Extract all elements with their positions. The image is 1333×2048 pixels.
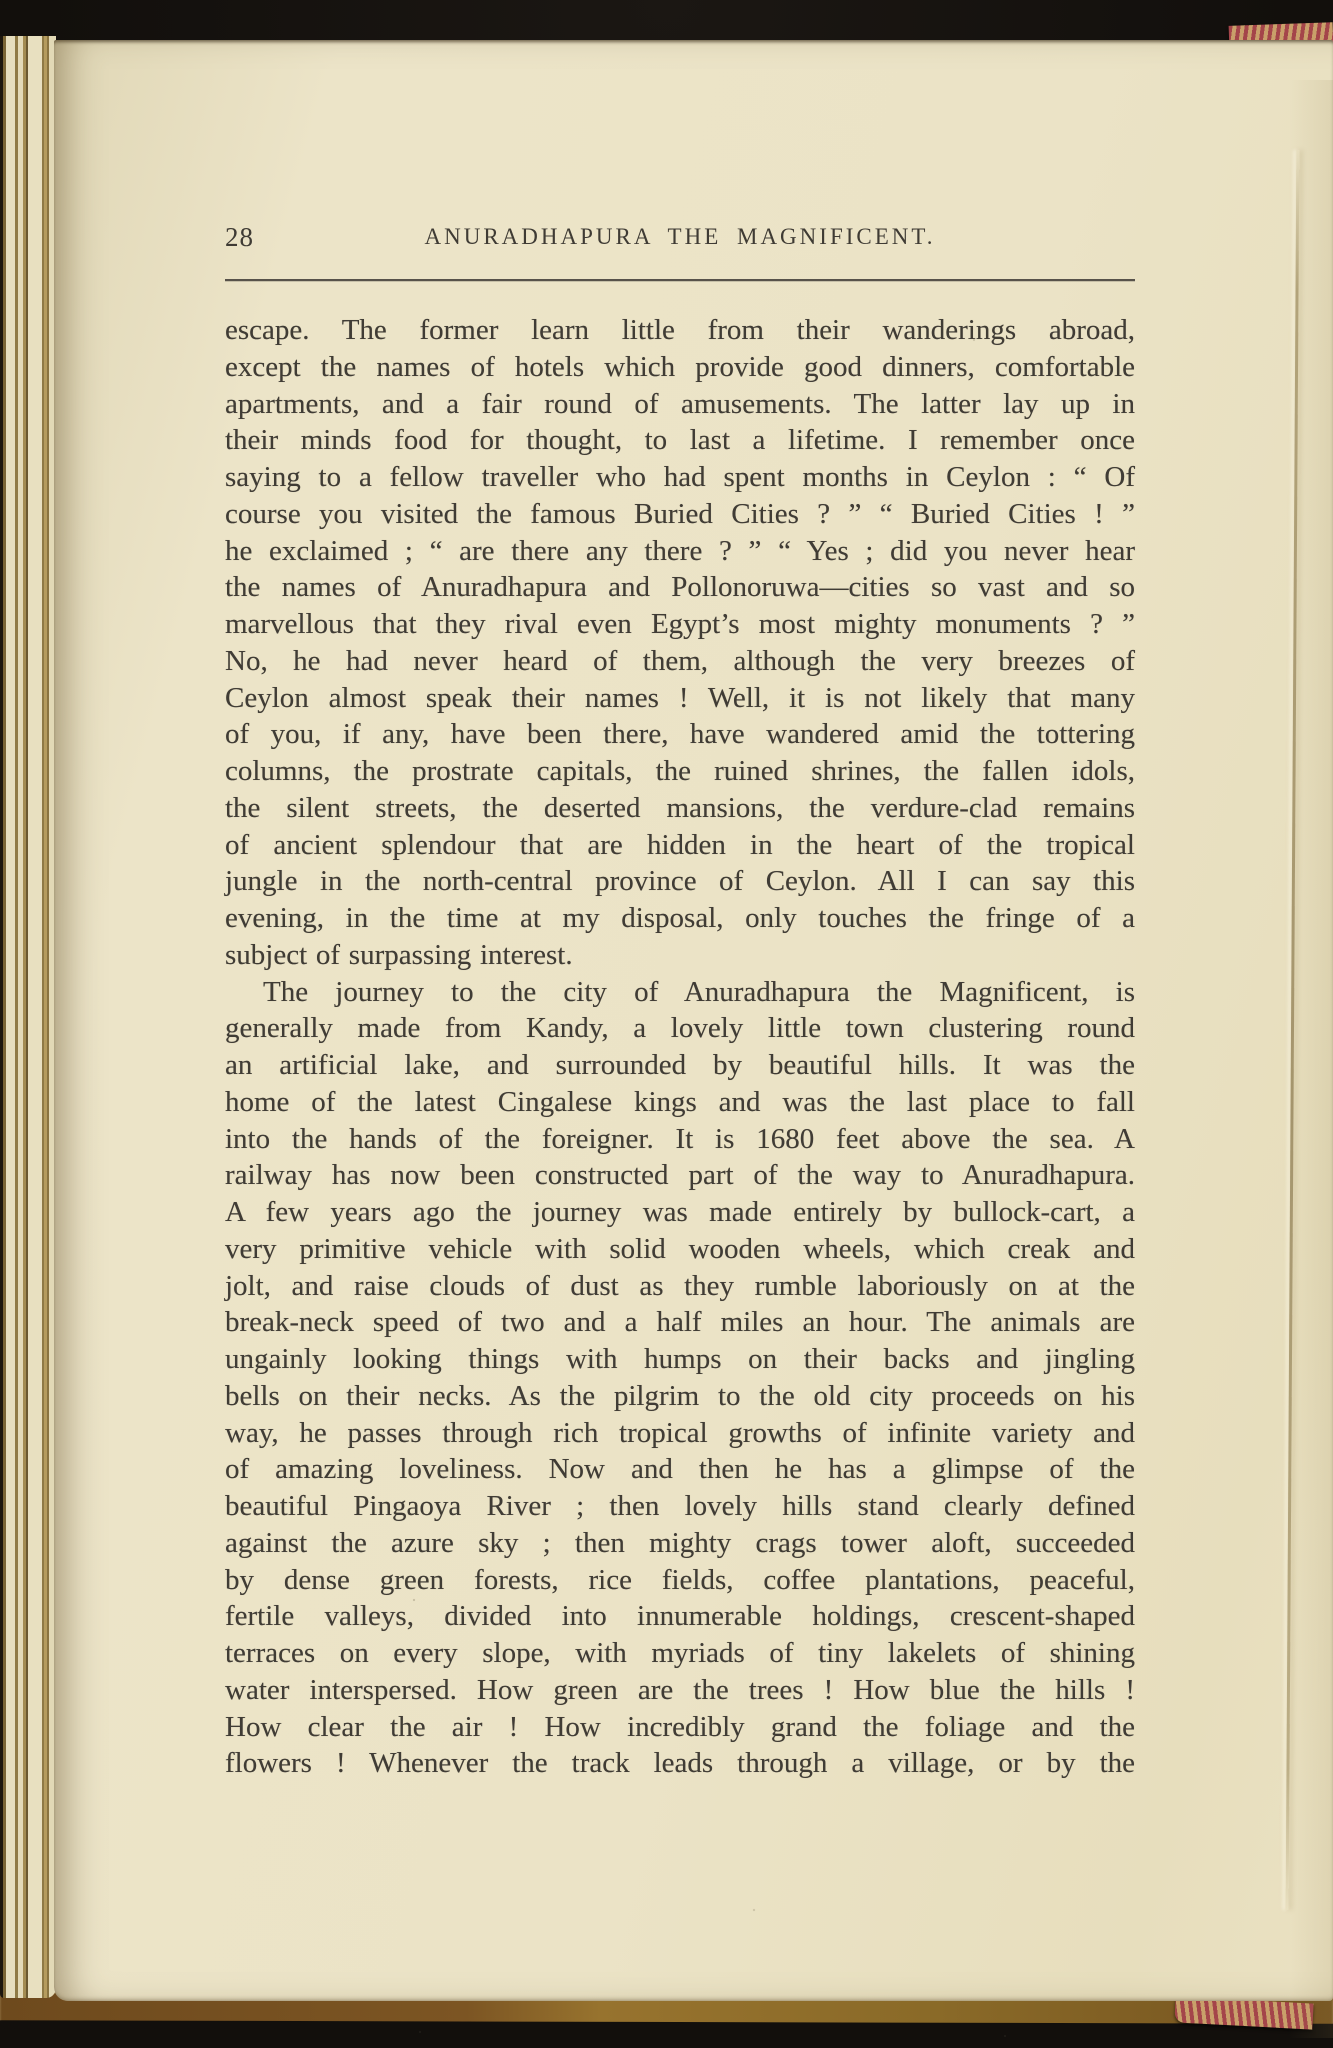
text-line: fertile valleys, divided into innumerabl…: [225, 1598, 1135, 1635]
text-line: against the azure sky ; then mighty crag…: [225, 1525, 1135, 1562]
text-line: the names of Anuradhapura and Pollonoruw…: [225, 569, 1135, 606]
page-edge-stack-left: [0, 36, 56, 1998]
text-line: break-neck speed of two and a half miles…: [225, 1304, 1135, 1341]
text-line: home of the latest Cingalese kings and w…: [225, 1084, 1135, 1121]
paragraph: The journey to the city of Anuradhapura …: [225, 974, 1135, 1783]
page-header: 28 ANURADHAPURA THE MAGNIFICENT.: [225, 220, 1135, 256]
text-line: except the names of hotels which provide…: [225, 349, 1135, 386]
text-line: the silent streets, the deserted mansion…: [225, 790, 1135, 827]
text-line: A few years ago the journey was made ent…: [225, 1194, 1135, 1231]
text-line: of amazing loveliness. Now and then he h…: [225, 1451, 1135, 1488]
text-line: terraces on every slope, with myriads of…: [225, 1635, 1135, 1672]
text-line: beautiful Pingaoya River ; then lovely h…: [225, 1488, 1135, 1525]
text-line: Ceylon almost speak their names ! Well, …: [225, 680, 1135, 717]
text-line: into the hands of the foreigner. It is 1…: [225, 1121, 1135, 1158]
text-line: generally made from Kandy, a lovely litt…: [225, 1010, 1135, 1047]
text-line: apartments, and a fair round of amusemen…: [225, 386, 1135, 423]
text-line: evening, in the time at my disposal, onl…: [225, 900, 1135, 937]
text-line: flowers ! Whenever the track leads throu…: [225, 1745, 1135, 1782]
text-line: subject of surpassing interest.: [225, 937, 1135, 974]
text-line: bells on their necks. As the pilgrim to …: [225, 1378, 1135, 1415]
running-header-title: ANURADHAPURA THE MAGNIFICENT.: [225, 224, 1135, 250]
text-line: very primitive vehicle with solid wooden…: [225, 1231, 1135, 1268]
book-scan: { "book": { "page_number": "28", "runnin…: [0, 0, 1333, 2048]
text-line: How clear the air ! How incredibly grand…: [225, 1709, 1135, 1746]
text-line: escape. The former learn little from the…: [225, 312, 1135, 349]
text-line: jungle in the north-central province of …: [225, 863, 1135, 900]
text-line: marvellous that they rival even Egypt’s …: [225, 606, 1135, 643]
text-block: escape. The former learn little from the…: [225, 312, 1135, 1782]
text-line: railway has now been constructed part of…: [225, 1157, 1135, 1194]
text-line: jolt, and raise clouds of dust as they r…: [225, 1268, 1135, 1305]
text-line: No, he had never heard of them, although…: [225, 643, 1135, 680]
text-line: by dense green forests, rice fields, cof…: [225, 1562, 1135, 1599]
paragraph: escape. The former learn little from the…: [225, 312, 1135, 974]
text-line: saying to a fellow traveller who had spe…: [225, 459, 1135, 496]
text-line: their minds food for thought, to last a …: [225, 422, 1135, 459]
text-line: The journey to the city of Anuradhapura …: [225, 974, 1135, 1011]
text-line: he exclaimed ; “ are there any there ? ”…: [225, 533, 1135, 570]
text-line: of you, if any, have been there, have wa…: [225, 716, 1135, 753]
text-line: columns, the prostrate capitals, the rui…: [225, 753, 1135, 790]
text-line: course you visited the famous Buried Cit…: [225, 496, 1135, 533]
text-line: way, he passes through rich tropical gro…: [225, 1415, 1135, 1452]
text-line: water interspersed. How green are the tr…: [225, 1672, 1135, 1709]
text-line: of ancient splendour that are hidden in …: [225, 827, 1135, 864]
header-rule: [225, 279, 1135, 281]
text-line: ungainly looking things with humps on th…: [225, 1341, 1135, 1378]
text-line: an artificial lake, and surrounded by be…: [225, 1047, 1135, 1084]
